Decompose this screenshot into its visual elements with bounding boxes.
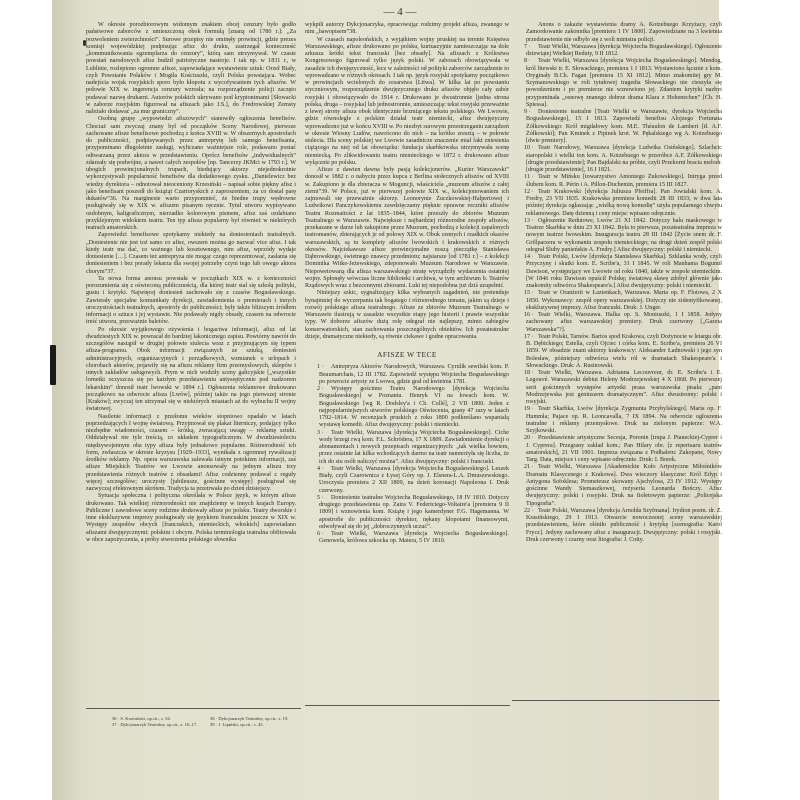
catalog-item: 8 ·Teatr Wielki, Warszawa [dyrekcja Wojc… <box>512 58 722 109</box>
item-number: 16 · <box>512 312 534 319</box>
item-text: Antrepryza Aktorów Narodowych, Warszawa.… <box>319 364 509 385</box>
item-number: 18 · <box>512 370 534 377</box>
binder-clip-mark <box>50 345 56 385</box>
column-end-divider <box>305 705 510 706</box>
paragraph: wykpili autorzy Dykcjonarzyka, opracowuj… <box>305 22 509 37</box>
item-text: Teatr Wielki, Warszawa [dyrekcja Wojciec… <box>526 44 722 57</box>
item-number: 4 · <box>305 466 324 473</box>
catalog-item: 15 ·Teatr w Oranżerii w Łazienkach, Wars… <box>512 290 722 312</box>
item-number: 14 · <box>512 254 534 261</box>
left-column: W okresie porozbiorowym widomym znakiem … <box>86 22 296 544</box>
catalog-item: 21 ·Teatr Wielki, Warszawa [Akademickie … <box>512 464 722 508</box>
item-text: Ogłoszenie Redutowe, Lwów 21 XI 1842. Do… <box>526 218 722 253</box>
catalog-item: 13 ·Ogłoszenie Redutowe, Lwów 21 XI 1842… <box>512 218 722 254</box>
paragraph: Nasilenie informacji z przełomu wieków s… <box>86 414 296 494</box>
catalog-item: 14 ·Teatr Polski, Lwów [dyrekcja Stanisł… <box>512 254 722 290</box>
catalog-item-continuation: Anons o zakazie wystawienia dramy A. Kot… <box>512 22 722 44</box>
catalog-item: 20 ·Przedstawienie artystyczne Secesja, … <box>512 435 722 464</box>
item-number: 12 · <box>512 189 534 196</box>
right-column: Anons o zakazie wystawienia dramy A. Kot… <box>512 22 722 544</box>
footnotes-right: 38 · Dykcjonarzyk Teatralny, op.cit., s.… <box>210 716 310 727</box>
paragraph: W czasach napoleońskich, z wyjątkiem woj… <box>305 37 509 168</box>
page-number: — 4 — <box>0 6 800 18</box>
paragraph: Po okresie wyjątkowego ożywienia i bogac… <box>86 327 296 414</box>
item-text: Teatr Wielki, Warszawa [dyrekcja Wojciec… <box>319 531 509 544</box>
catalog-item: 2 ·Występy gościnne Teatru Narodowego [d… <box>305 386 509 430</box>
catalog-list: 1 ·Antrepryza Aktorów Narodowych, Warsza… <box>305 364 509 545</box>
item-text: Teatr Wielki, Warszawa. Halka op. S. Mon… <box>526 312 722 333</box>
paragraph: Afisze z dawien dawna były pasją kolekcj… <box>305 167 509 290</box>
paragraph: Osobną grupę „wypowiedzi afiszowych” sta… <box>86 116 296 232</box>
catalog-item: 22 ·Teatr Polski, Warszawa [dyrekcja Arn… <box>512 508 722 544</box>
catalog-item: 7 ·Teatr Wielki, Warszawa [dyrekcja Wojc… <box>512 44 722 59</box>
catalog-item: 9 ·Doniesienie teatralne [Teatr Wielki w… <box>512 109 722 145</box>
item-number: 10 · <box>512 145 534 152</box>
item-text: Teatr Wielki, Warszawa. Adrianna Lecouvr… <box>526 370 722 405</box>
item-text: Teatr w Oranżerii w Łazienkach, Warszawa… <box>526 290 722 311</box>
item-number: 15 · <box>512 290 534 297</box>
item-text: Teatr Polski, Warszawa [dyrekcja Arnolda… <box>526 508 722 543</box>
item-text: Przedstawienie artystyczne Secesja, Poro… <box>526 435 722 463</box>
item-text: Występy gościnne Teatru Narodowego [dyre… <box>319 386 509 428</box>
catalog-item: 16 ·Teatr Wielki, Warszawa. Halka op. S.… <box>512 312 722 334</box>
item-text: Teatr w Mińsku [towarzystwo Antoniego Żu… <box>526 174 722 187</box>
footnotes-left: 36 · S. Krzesiński, op.cit., s. 54. 37 ·… <box>112 716 207 727</box>
item-number: 9 · <box>512 109 531 116</box>
catalog-item: 19 ·Teatr Skarbka, Lwów [dyrekcja Zygmun… <box>512 406 722 435</box>
catalog-item: 11 ·Teatr w Mińsku [towarzystwo Antonieg… <box>512 174 722 189</box>
item-number: 3 · <box>305 430 324 437</box>
footnote: 37 · Dykcjonarzyk Teatralny, op.cit., s.… <box>112 722 207 728</box>
item-number: 1 · <box>305 364 324 371</box>
item-text: Teatr Wielki, Warszawa [dyrekcja Wojciec… <box>319 430 509 465</box>
footnote: 39 · J. Lipiński, op.cit., s. 45. <box>210 722 310 728</box>
item-text: Teatr Polski, Lwów [dyrekcja Stanisława … <box>526 254 722 289</box>
item-number: 20 · <box>512 435 534 442</box>
paragraph: Sytuacja społeczna i polityczna określał… <box>86 493 296 544</box>
section-heading: AFISZE W TECE <box>305 351 509 358</box>
item-text: Doniesienie teatralne [Teatr Wielki w Wa… <box>526 109 722 144</box>
item-text: Doniesienie teatralne Wojciecha Bogusław… <box>319 495 509 530</box>
catalog-item: 6 ·Teatr Wielki, Warszawa [dyrekcja Wojc… <box>305 531 509 546</box>
column-end-divider <box>512 700 720 701</box>
catalog-item: 5 ·Doniesienie teatralne Wojciecha Bogus… <box>305 495 509 531</box>
catalog-list: 7 ·Teatr Wielki, Warszawa [dyrekcja Wojc… <box>512 44 722 544</box>
item-number: 22 · <box>512 508 534 515</box>
item-number: 7 · <box>512 44 531 51</box>
paragraph: W okresie porozbiorowym widomym znakiem … <box>86 22 296 116</box>
catalog-item: 3 ·Teatr Wielki, Warszawa [dyrekcja Wojc… <box>305 430 509 466</box>
item-number: 11 · <box>512 174 533 181</box>
item-text: Teatr Krakowski [dyrekcja Juliusza Pfeif… <box>526 189 722 217</box>
paragraph: Ta nowa forma anonsu powstała w początka… <box>86 276 296 327</box>
item-number: 8 · <box>512 58 531 65</box>
item-text: Teatr Narodowy, Warszawa [dyrekcja Ludwi… <box>526 145 722 173</box>
paragraph: Niniejszy szkic, sygnalizujący kilka wyb… <box>305 290 509 341</box>
item-text: Teatr Wielki, Warszawa [dyrekcja Wojciec… <box>526 58 722 108</box>
item-text: Teatr Polski, Tarnów. Bartos spod Krakow… <box>526 334 722 369</box>
page-gutter-shadow <box>52 0 80 800</box>
item-number: 6 · <box>305 531 324 538</box>
item-text: Teatr Wielki, Warszawa [Akademickie Koło… <box>526 464 722 506</box>
item-text: Teatr Skarbka, Lwów [dyrekcja Zygmunta P… <box>526 406 722 434</box>
catalog-item: 1 ·Antrepryza Aktorów Narodowych, Warsza… <box>305 364 509 386</box>
catalog-item: 4 ·Teatr Wielki, Warszawa [dyrekcja Wojc… <box>305 466 509 495</box>
item-text: Teatr Wielki, Warszawa [dyrekcja Wojciec… <box>319 466 509 494</box>
catalog-item: 18 ·Teatr Wielki, Warszawa. Adrianna Lec… <box>512 370 722 406</box>
item-number: 17 · <box>512 334 534 341</box>
middle-column: wykpili autorzy Dykcjonarzyka, opracowuj… <box>305 22 509 546</box>
catalog-item: 17 ·Teatr Polski, Tarnów. Bartos spod Kr… <box>512 334 722 370</box>
item-number: 19 · <box>512 406 534 413</box>
item-number: 2 · <box>305 386 324 393</box>
paragraph: Zapowiedzi benefisowe spotykamy niekiedy… <box>86 232 296 276</box>
item-number: 5 · <box>305 495 324 502</box>
item-number: 21 · <box>512 464 534 471</box>
catalog-item: 10 ·Teatr Narodowy, Warszawa [dyrekcja L… <box>512 145 722 174</box>
footnote-divider <box>86 708 301 709</box>
catalog-item: 12 ·Teatr Krakowski [dyrekcja Juliusza P… <box>512 189 722 218</box>
item-number: 13 · <box>512 218 534 225</box>
